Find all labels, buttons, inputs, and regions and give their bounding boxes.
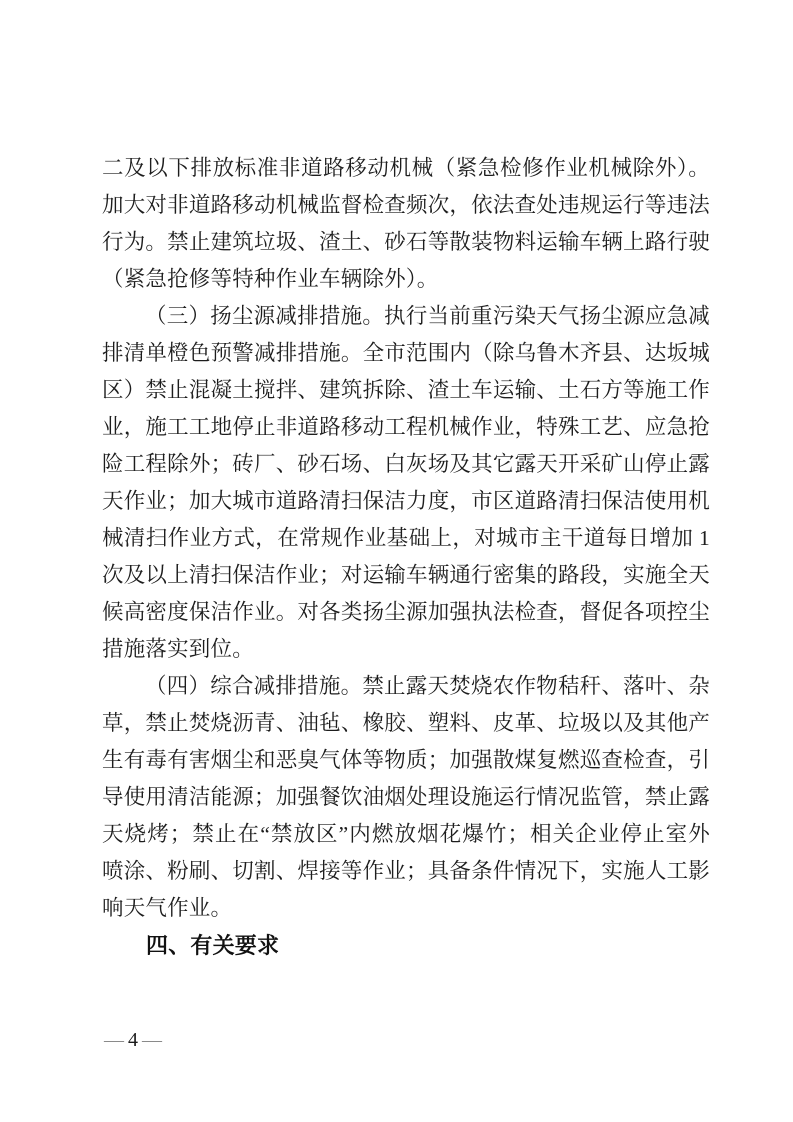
text-line: 业，施工工地停止非道路移动工程机械作业，特殊工艺、应急抢	[102, 409, 710, 446]
paragraph: （四）综合减排措施。禁止露天焚烧农作物秸秆、落叶、杂草，禁止焚烧沥青、油毡、橡胶…	[102, 668, 710, 927]
page-number-value: 4	[128, 1029, 138, 1051]
text-line: 械清扫作业方式，在常规作业基础上，对城市主干道每日增加 1	[102, 520, 710, 557]
text-line: 区）禁止混凝土搅拌、建筑拆除、渣土车运输、土石方等施工作	[102, 372, 710, 409]
text-line: 响天气作业。	[102, 890, 710, 927]
section-heading: 四、有关要求	[102, 927, 710, 964]
paragraph: 二及以下排放标准非道路移动机械（紧急检修作业机械除外）。加大对非道路移动机械监督…	[102, 150, 710, 298]
text-line: 候高密度保洁作业。对各类扬尘源加强执法检查，督促各项控尘	[102, 594, 710, 631]
page-number: —4—	[100, 1026, 166, 1054]
text-line: 导使用清洁能源；加强餐饮油烟处理设施运行情况监管，禁止露	[102, 779, 710, 816]
section-heading-block: 四、有关要求	[102, 927, 710, 964]
text-line: 草，禁止焚烧沥青、油毡、橡胶、塑料、皮革、垃圾以及其他产	[102, 705, 710, 742]
text-line: 二及以下排放标准非道路移动机械（紧急检修作业机械除外）。	[102, 150, 710, 187]
page-number-dash-right: —	[138, 1029, 166, 1051]
text-line: 行为。禁止建筑垃圾、渣土、砂石等散装物料运输车辆上路行驶	[102, 224, 710, 261]
text-line: （三）扬尘源减排措施。执行当前重污染天气扬尘源应急减	[102, 298, 710, 335]
text-line: 险工程除外；砖厂、砂石场、白灰场及其它露天开采矿山停止露	[102, 446, 710, 483]
text-line: （紧急抢修等特种作业车辆除外）。	[102, 261, 710, 298]
text-line: 次及以上清扫保洁作业；对运输车辆通行密集的路段，实施全天	[102, 557, 710, 594]
text-line: 喷涂、粉刷、切割、焊接等作业；具备条件情况下，实施人工影	[102, 853, 710, 890]
text-line: 生有毒有害烟尘和恶臭气体等物质；加强散煤复燃巡查检查，引	[102, 742, 710, 779]
text-line: 加大对非道路移动机械监督检查频次，依法查处违规运行等违法	[102, 187, 710, 224]
text-line: 排清单橙色预警减排措施。全市范围内（除乌鲁木齐县、达坂城	[102, 335, 710, 372]
page-number-dash-left: —	[100, 1029, 128, 1051]
document-page: 二及以下排放标准非道路移动机械（紧急检修作业机械除外）。加大对非道路移动机械监督…	[0, 0, 793, 1122]
text-line: 天烧烤；禁止在“禁放区”内燃放烟花爆竹；相关企业停止室外	[102, 816, 710, 853]
text-line: 天作业；加大城市道路清扫保洁力度，市区道路清扫保洁使用机	[102, 483, 710, 520]
paragraph: （三）扬尘源减排措施。执行当前重污染天气扬尘源应急减排清单橙色预警减排措施。全市…	[102, 298, 710, 668]
document-body: 二及以下排放标准非道路移动机械（紧急检修作业机械除外）。加大对非道路移动机械监督…	[102, 150, 710, 964]
text-line: （四）综合减排措施。禁止露天焚烧农作物秸秆、落叶、杂	[102, 668, 710, 705]
text-line: 措施落实到位。	[102, 631, 710, 668]
